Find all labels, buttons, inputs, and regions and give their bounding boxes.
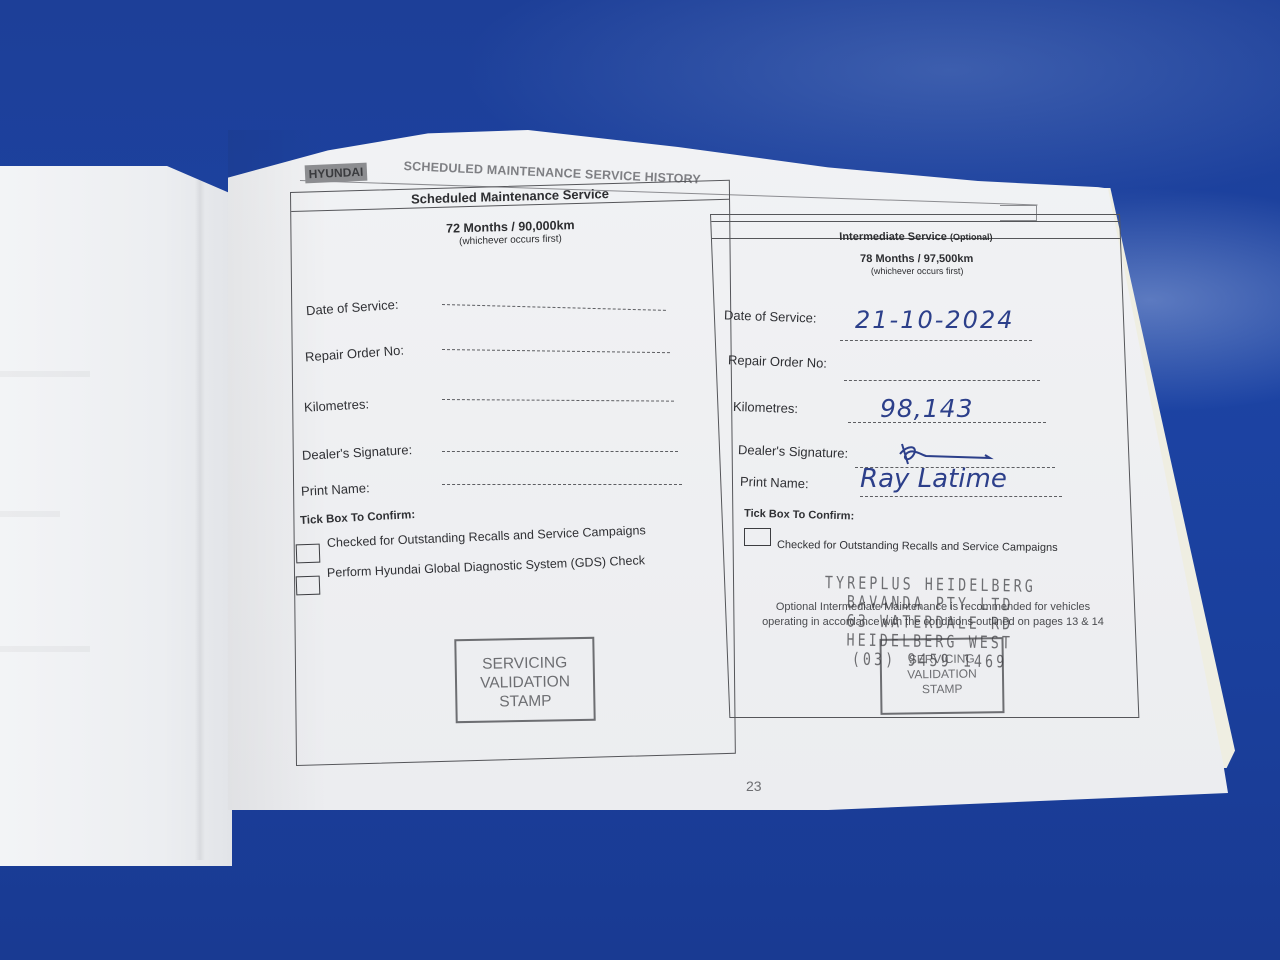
- dealer-rubber-stamp: TYREPLUS HEIDELBERG BAVANDA PTY LTD 63 W…: [805, 574, 1056, 673]
- faint-text-line: [0, 371, 90, 377]
- repair-order-field[interactable]: [844, 380, 1040, 381]
- dealer-signature-field[interactable]: [442, 451, 678, 452]
- servicing-stamp-box: SERVICING VALIDATION STAMP: [454, 637, 595, 723]
- recalls-checkbox[interactable]: [296, 544, 321, 564]
- handwritten-date: 21-10-2024: [855, 306, 1014, 334]
- faint-text-line: [0, 646, 90, 652]
- interval-note: (whichever occurs first): [713, 266, 1121, 276]
- kilometres-label: Kilometres:: [733, 399, 799, 416]
- handwritten-print-name: Ray Latime: [860, 464, 1007, 494]
- service-interval: 72 Months / 90,000km (whichever occurs f…: [291, 214, 729, 252]
- gds-checkbox[interactable]: [296, 576, 321, 596]
- handwritten-kilometres: 98,143: [880, 394, 973, 423]
- interval-label: 78 Months / 97,500km: [712, 253, 1120, 265]
- recalls-checkbox[interactable]: [744, 528, 771, 546]
- stamp-text: VALIDATION: [457, 672, 593, 693]
- stamp-text: STAMP: [457, 691, 593, 712]
- faint-text-line: [0, 511, 60, 517]
- print-name-field[interactable]: [442, 484, 682, 485]
- print-name-label: Print Name:: [740, 474, 809, 491]
- page-number: 23: [746, 778, 762, 794]
- date-of-service-label: Date of Service:: [724, 307, 817, 325]
- date-of-service-field[interactable]: [840, 340, 1032, 341]
- service-interval: 78 Months / 97,500km (whichever occurs f…: [712, 253, 1121, 276]
- panel-title: Intermediate Service (Optional): [711, 221, 1120, 239]
- stamp-text: SERVICING: [457, 653, 593, 674]
- booklet-spine: [195, 180, 205, 860]
- optional-tag: (Optional): [950, 232, 993, 242]
- print-name-field[interactable]: [860, 496, 1062, 497]
- stamp-text: STAMP: [882, 681, 1002, 698]
- panel-title-text: Intermediate Service: [839, 231, 947, 243]
